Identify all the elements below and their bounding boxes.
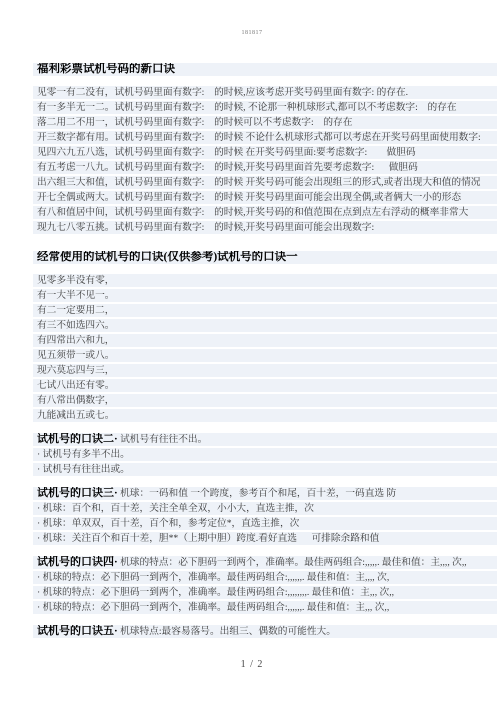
lead-bold-label: 试机号的口诀四· xyxy=(37,556,118,568)
text-line: 有一大半不见一。 xyxy=(33,289,497,302)
text-line: 有五考虑一八九。试机号码里面有数字: 的时候,开奖号码里面首先要考虑数字: 做胆… xyxy=(33,161,497,174)
lead-bold-label: 试机号的口诀三· xyxy=(37,487,118,499)
document-page: 181817 福利彩票试机号码的新口诀见零一有二没有，试机号码里面有数字: 的时… xyxy=(0,0,504,713)
bullet-line: · 机球的特点：必下胆码一到两个，准确率。最佳两码组合:,,,,,,,,. 最佳… xyxy=(33,586,497,599)
section-title: 经常使用的试机号的口诀(仅供参考)试机号的口诀一 xyxy=(33,251,497,264)
lead-text: 试机号有往往不出。 xyxy=(118,434,208,445)
section-title: 福利彩票试机号码的新口诀 xyxy=(33,63,497,76)
document-content: 福利彩票试机号码的新口诀见零一有二没有，试机号码里面有数字: 的时候,应该考虑开… xyxy=(33,63,497,640)
section-para: 见零多半没有零，有一大半不见一。有二一定要用二，有三不如选四六。有四常出六和九，… xyxy=(33,274,497,422)
bullet-line: · 试机号有多半不出。 xyxy=(33,448,497,461)
text-line: 有四常出六和九， xyxy=(33,334,497,347)
bullet-line: · 机球：单双双，百十差，百个和，参考定位*，直选主推，次 xyxy=(33,517,497,530)
section-mixed: 试机号的口诀四· 机球的特点：必下胆码一到两个，准确率。最佳两码组合:,,,,,… xyxy=(33,556,497,614)
text-line: 有二一定要用二， xyxy=(33,304,497,317)
lead-text: 机球特点:最容易落号。出组三、偶数的可能性大。 xyxy=(118,626,336,637)
text-line: 见零多半没有零， xyxy=(33,274,497,287)
text-line: 有一多半无一二。试机号码里面有数字: 的时候, 不论那一种机球形式,都可以不考虑… xyxy=(33,101,497,114)
text-line: 七试八出还有零。 xyxy=(33,379,497,392)
lead-line: 试机号的口诀三· 机球：一码和值 一个跨度，参考百个和尾，百十差，一码直选 防 xyxy=(33,487,497,500)
bullet-line: · 机球：百个和，百十差，关注全单全双，小小大，直选主推，次 xyxy=(33,502,497,515)
text-line: 开七全偶或两大。试机号码里面有数字: 的时候 开奖号码里面可能会出现全偶,或者俩… xyxy=(33,191,497,204)
text-line: 有三不如选四六。 xyxy=(33,319,497,332)
section-heading: 福利彩票试机号码的新口诀 xyxy=(33,63,497,76)
text-line: 现六莫忘四与三， xyxy=(33,364,497,377)
bullet-line: · 试机号有往往出或。 xyxy=(33,463,497,476)
section-heading: 经常使用的试机号的口诀(仅供参考)试机号的口诀一 xyxy=(33,251,497,264)
text-line: 见五须带一或八。 xyxy=(33,349,497,362)
section-mixed: 试机号的口诀五· 机球特点:最容易落号。出组三、偶数的可能性大。 xyxy=(33,625,497,638)
text-line: 见四六九五八选，试机号码里面有数字: 的时候 在开奖号码里面:要考虑数字: 做胆… xyxy=(33,146,497,159)
text-line: 出六组三大和值，试机号码里面有数字: 的时候 开奖号码可能会出现组三的形式,或者… xyxy=(33,176,497,189)
lead-text: 机球：一码和值 一个跨度，参考百个和尾，百十差，一码直选 防 xyxy=(118,488,397,499)
lead-bold-label: 试机号的口诀五· xyxy=(37,625,118,637)
document-header-number: 181817 xyxy=(0,30,504,36)
text-line: 九能减出五或七。 xyxy=(33,409,497,422)
text-line: 见零一有二没有，试机号码里面有数字: 的时候,应该考虑开奖号码里面有数字: 的存… xyxy=(33,86,497,99)
text-line: 落二用二不用一，试机号码里面有数字: 的时候可以不考虑数字: 的存在 xyxy=(33,116,497,129)
bullet-line: · 机球：关注百个和百十差，胆**（上期中胆）跨度.看好直选 可排除余路和值 xyxy=(33,532,497,545)
section-mixed: 试机号的口诀三· 机球：一码和值 一个跨度，参考百个和尾，百十差，一码直选 防·… xyxy=(33,487,497,545)
lead-text: 机球的特点：必下胆码一到两个，准确率。最佳两码组合:,,,,,. 最佳和值：主,… xyxy=(118,557,467,568)
section-para: 见零一有二没有，试机号码里面有数字: 的时候,应该考虑开奖号码里面有数字: 的存… xyxy=(33,86,497,234)
section-mixed: 试机号的口诀二· 试机号有往往不出。· 试机号有多半不出。· 试机号有往往出或。 xyxy=(33,433,497,476)
page-number: 1 / 2 xyxy=(0,659,504,670)
text-line: 现九七八零五挑。试机号码里面有数字: 的时候,开奖号码里面可能会出现数字: xyxy=(33,221,497,234)
lead-line: 试机号的口诀四· 机球的特点：必下胆码一到两个，准确率。最佳两码组合:,,,,,… xyxy=(33,556,497,569)
lead-bold-label: 试机号的口诀二· xyxy=(37,433,118,445)
bullet-line: · 机球的特点：必下胆码一到两个，准确率。最佳两码组合:,,,,,,. 最佳和值… xyxy=(33,571,497,584)
text-line: 开三数字都有用。试机号码里面有数字: 的时候 不论什么机球形式都可以考虑在开奖号… xyxy=(33,131,497,144)
text-line: 有八常出偶数字， xyxy=(33,394,497,407)
text-line: 有八和值居中间，试机号码里面有数字: 的时候,开奖号码的和值范围在点到点左右浮动… xyxy=(33,206,497,219)
bullet-line: · 机球的特点：必下胆码一到两个，准确率。最佳两码组合:,,,,,,. 最佳和值… xyxy=(33,601,497,614)
lead-line: 试机号的口诀二· 试机号有往往不出。 xyxy=(33,433,497,446)
lead-line: 试机号的口诀五· 机球特点:最容易落号。出组三、偶数的可能性大。 xyxy=(33,625,497,638)
